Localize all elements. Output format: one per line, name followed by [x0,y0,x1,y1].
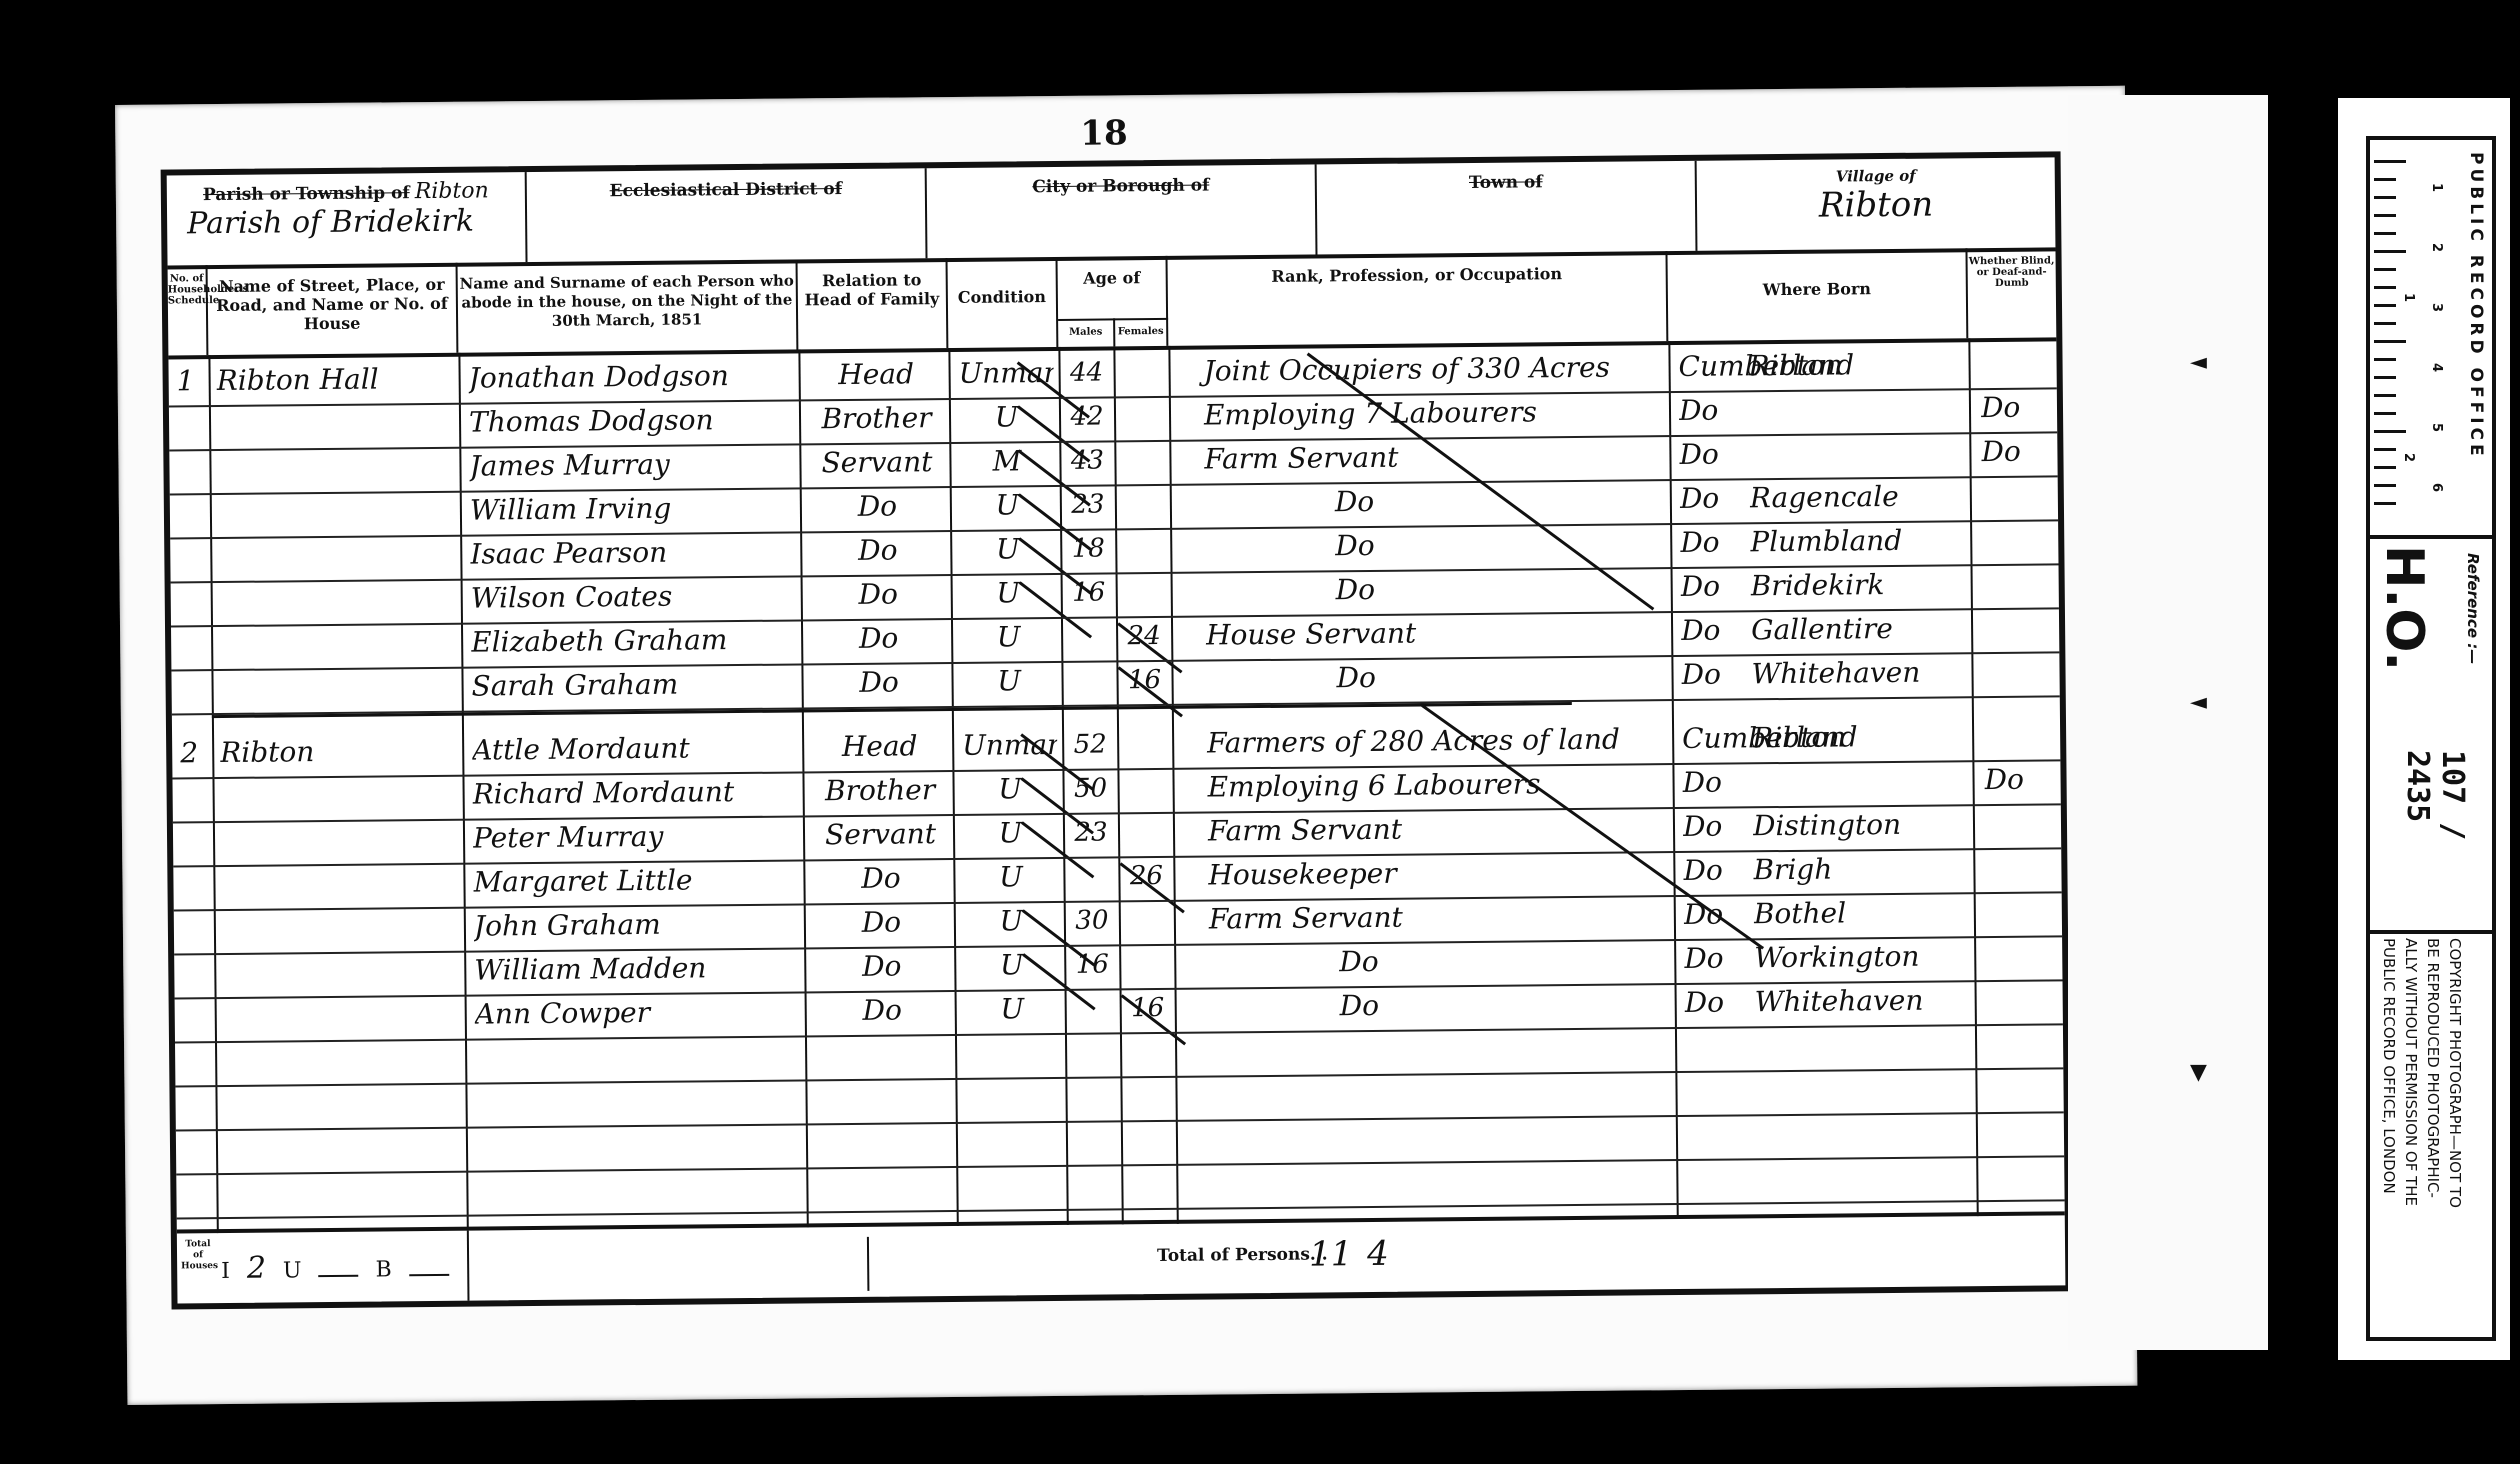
rule [1168,346,1178,1224]
rule [798,349,808,1227]
person-name: Margaret Little [473,859,798,902]
village-value: Ribton [1697,183,2055,226]
condition: U [960,529,1055,570]
copyright-block: COPYRIGHT PHOTOGRAPH—NOT TO BE REPRODUCE… [2370,930,2492,1337]
col-schedule: No. of Householder's Schedule [168,265,209,355]
person-name: William Madden [474,947,799,990]
ruler-tick [2374,394,2396,397]
condition: Unmar [962,725,1057,766]
ruler-tick [2374,232,2396,235]
occupation: Do [1185,523,1665,568]
person-name: Sarah Graham [471,663,796,706]
total-persons-label: Total of Persons... [1157,1244,1328,1266]
census-sheet: 18 Parish or Township of Ribton Parish o… [115,86,2137,1405]
ruler-tick [2374,340,2406,343]
ruler-tick [2374,268,2396,271]
age-male: 23 [1062,484,1114,524]
age-male: 23 [1065,812,1117,852]
where-born-place: Whitehaven [1751,652,1966,694]
rule [208,355,218,1233]
where-born-place: Distington [1753,804,1968,846]
parish-value: Ribton [415,178,489,204]
person-name: Attle Mordaunt [472,727,797,770]
inhabited-value: 2 [247,1251,266,1286]
condition: U [965,989,1060,1030]
condition: U [963,813,1058,854]
marker-arrow-icon: ▼ [2190,1060,2207,1085]
col-blind: Whether Blind, or Deaf-and-Dumb [1967,247,2056,338]
where-born-place: Plumbland [1750,520,1965,562]
occupation: Employing 7 Labourers [1184,391,1664,436]
ruler-tick [2374,286,2396,289]
condition: Unmar [958,353,1053,394]
relation: Do [811,662,946,703]
building-blank [409,1274,449,1276]
census-form: Parish or Township of Ribton Parish of B… [161,151,2072,1309]
parish-label: Parish or Township of [203,183,410,205]
person-name: Peter Murray [473,815,798,858]
where-born-place: Do [1981,387,2051,428]
relation: Do [810,530,945,571]
occupation: Do [1186,567,1666,612]
rule [458,353,468,1231]
ruler-tick [2374,502,2396,505]
where-born-county: Do [1679,432,1969,475]
person-name: John Graham [474,903,799,946]
col-age-label: Age of [1083,268,1140,288]
condition: U [959,397,1054,438]
relation: Do [815,990,950,1031]
person-name: Thomas Dodgson [469,399,794,442]
page-number: 18 [1080,113,1128,153]
col-occupation: Rank, Profession, or Occupation [1167,251,1668,346]
condition: U [961,573,1056,614]
rule [867,1237,870,1291]
where-born-place: Ribton [1748,344,1963,386]
city-label: City or Borough of [927,174,1315,198]
col-relation: Relation to Head of Family [798,258,949,349]
where-born-place: Do [1981,431,2051,472]
col-age-females: Females [1113,318,1168,347]
col-name: Name and Surname of each Person who abod… [458,259,799,352]
form-footer: Total of Houses I 2 U B Total of Persons… [177,1211,2066,1303]
where-born-place: Gallentire [1751,608,1966,650]
person-name: Elizabeth Graham [471,619,796,662]
where-born-county: Do [1682,760,1972,803]
col-where-born: Where Born [1667,248,1968,341]
address: Ribton Hall [216,359,451,401]
village-cell: Village of Ribton [1697,157,2056,250]
marker-arrow-icon: ◄ [2190,350,2207,375]
age-male: 30 [1066,900,1118,940]
ruler-cm-label: 5 [2429,423,2444,432]
age-male: 16 [1063,572,1115,612]
schedule-number: 2 [180,733,210,773]
person-name: Jonathan Dodgson [468,355,793,398]
col-street: Name of Street, Place, or Road, and Name… [208,263,459,355]
parish-cell: Parish or Township of Ribton Parish of B… [167,172,528,265]
ruler-tick [2374,376,2396,379]
town-cell: Town of [1317,161,1698,255]
person-name: Isaac Pearson [470,531,795,574]
age-male: 18 [1062,528,1114,568]
city-cell: City or Borough of [927,164,1318,258]
condition: U [963,857,1058,898]
col-age: Age of Males Females [1058,256,1169,347]
occupation: Joint Occupiers of 330 Acres [1183,347,1663,392]
condition: U [961,661,1056,702]
ruler-inch-label: 1 [2401,293,2416,302]
ecclesiastical-label: Ecclesiastical District of [527,178,925,202]
ruler-tick [2374,412,2396,415]
col-age-males: Males [1058,318,1115,347]
where-born-place: Brigh [1753,848,1968,890]
occupation: House Servant [1186,611,1666,656]
age-male: 42 [1061,396,1113,436]
houses-label: Total of Houses [181,1239,215,1272]
ruler-cm-label: 4 [2429,363,2444,372]
where-born-place: Bridekirk [1751,564,1966,606]
ruler-tick [2374,322,2396,325]
inhabited-label: I [221,1259,230,1284]
col-condition: Condition [948,257,1059,348]
reference-label: Reference :— [2464,553,2482,664]
strip-frame: PUBLIC RECORD OFFICE 12345612 H.O. Refer… [2366,136,2496,1341]
condition: U [964,901,1059,942]
schedule-number: 1 [176,361,206,401]
condition: U [962,769,1057,810]
relation: Do [811,574,946,615]
condition: U [964,945,1059,986]
person-name: William Irving [470,487,795,530]
age-male: 44 [1060,352,1112,392]
relation: Servant [813,814,948,855]
rule [467,1231,470,1301]
ruler-cm-label: 1 [2429,183,2444,192]
ruler-tick [2374,358,2396,361]
occupation: Farm Servant [1189,895,1669,940]
ruler-tick [2374,178,2396,181]
age-male: 50 [1064,768,1116,808]
occupation: Housekeeper [1188,851,1668,896]
ruler-cm-label: 6 [2429,483,2444,492]
ruler-tick [2374,214,2396,217]
parish-note: Parish of Bridekirk [167,203,525,241]
rule [948,348,958,1226]
relation: Brother [812,770,947,811]
where-born-place: Workington [1754,936,1969,978]
archive-reference-strip: PUBLIC RECORD OFFICE 12345612 H.O. Refer… [2338,98,2510,1360]
relation: Servant [809,442,944,483]
ruler-tick [2374,430,2406,433]
reference-block: H.O. Reference :— 107 / 2435 [2370,535,2492,934]
scale-ruler: PUBLIC RECORD OFFICE 12345612 [2370,140,2492,539]
ruler-cm-label: 3 [2429,303,2444,312]
person-name: Wilson Coates [471,575,796,618]
relation: Do [810,486,945,527]
occupation: Farmers of 280 Acres of land [1187,719,1667,764]
relation: Brother [809,398,944,439]
ruler-tick [2374,196,2396,199]
where-born-place: Bothel [1754,892,1969,934]
total-males: 11 [1309,1234,1353,1274]
marker-arrow-icon: ◄ [2190,690,2207,715]
piece-number: 107 / 2435 [2400,750,2470,930]
ruler-inch-label: 2 [2401,453,2416,462]
where-born-place: Whitehaven [1754,980,1969,1022]
condition: U [960,485,1055,526]
age-female: 16 [1122,988,1174,1028]
where-born-place: Ragencale [1750,476,1965,518]
office-name: PUBLIC RECORD OFFICE [2466,152,2486,460]
ruler-tick [2374,250,2406,253]
person-name: James Murray [469,443,794,486]
household-separator [212,702,1572,718]
ruler-tick [2374,160,2406,163]
where-born-place: Do [1984,759,2054,800]
houses-totals: I 2 U B [221,1249,459,1286]
ruler-tick [2374,484,2396,487]
building-label: B [375,1257,391,1282]
uninhabited-blank [319,1275,359,1277]
relation: Head [812,726,947,767]
age-female: 24 [1118,616,1170,656]
occupation: Employing 6 Labourers [1187,763,1667,808]
total-females: 4 [1367,1234,1389,1274]
age-female: 26 [1120,856,1172,896]
person-name: Richard Mordaunt [472,771,797,814]
age-female: 16 [1118,660,1170,700]
ruler-tick [2374,466,2396,469]
occupation: Do [1189,939,1669,984]
ruler-cm-label: 2 [2429,243,2444,252]
ruler-tick [2374,448,2396,451]
copyright-notice: COPYRIGHT PHOTOGRAPH—NOT TO BE REPRODUCE… [2378,938,2466,1208]
person-name: Ann Cowper [475,991,800,1034]
occupation: Do [1185,479,1665,524]
occupation: Do [1190,983,1670,1028]
relation: Head [808,354,943,395]
where-born-county: Do [1679,388,1969,431]
town-label: Town of [1317,171,1695,195]
series-code: H.O. [2374,545,2434,671]
ecclesiastical-cell: Ecclesiastical District of [527,168,928,262]
where-born-place: Ribton [1752,716,1967,758]
relation: Do [811,618,946,659]
age-male: 16 [1066,944,1118,984]
ruler-tick [2374,304,2396,307]
relation: Do [814,902,949,943]
age-male: 43 [1061,440,1113,480]
address: Ribton [220,731,455,773]
age-male: 52 [1064,724,1116,764]
rule [1668,341,1678,1219]
relation: Do [813,858,948,899]
condition: M [959,441,1054,482]
condition: U [961,617,1056,658]
relation: Do [814,946,949,987]
uninhabited-label: U [283,1258,302,1283]
occupation: Do [1186,655,1666,700]
blank-card [2068,95,2268,1350]
